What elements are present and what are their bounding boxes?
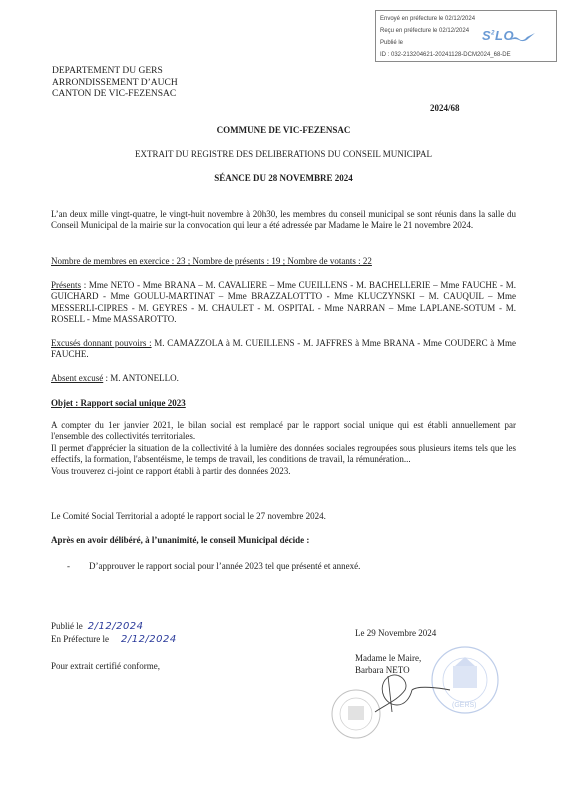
intro-paragraph: L’an deux mille vingt-quatre, le vingt-h… xyxy=(51,209,516,232)
member-counts: Nombre de membres en exercice : 23 ; Nom… xyxy=(51,256,516,267)
svg-text:(GERS): (GERS) xyxy=(452,702,477,709)
cst-paragraph: Le Comité Social Territorial a adopté le… xyxy=(51,511,516,522)
certifie-conforme: Pour extrait certifié conforme, xyxy=(51,661,160,671)
gray-seal-icon xyxy=(332,690,380,738)
arrondissement: ARRONDISSEMENT D’AUCH xyxy=(52,78,178,90)
objet-paragraph-3: Vous trouverez ci-joint ce rapport établ… xyxy=(51,466,516,477)
departement: DEPARTEMENT DU GERS xyxy=(52,66,178,78)
deliberation-number: 2024/68 xyxy=(430,103,460,113)
stamp-sent: Envoyé en préfecture le 02/12/2024 xyxy=(380,13,552,25)
publie-handwritten-date: 2/12/2024 xyxy=(88,621,144,632)
absent-list: : M. ANTONELLO. xyxy=(103,373,179,383)
prefecture-label: En Préfecture le xyxy=(51,634,109,644)
decision-text: D’approuver le rapport social pour l’ann… xyxy=(89,561,360,571)
prefecture-handwritten-date: 2/12/2024 xyxy=(121,634,177,645)
signature-icon xyxy=(375,675,450,712)
objet-body: A compter du 1er janvier 2021, le bilan … xyxy=(51,420,516,477)
signature-date: Le 29 Novembre 2024 xyxy=(355,628,436,638)
decision-intro: Après en avoir délibéré, à l’unanimité, … xyxy=(51,535,516,546)
commune-title: COMMUNE DE VIC-FEZENSAC xyxy=(0,125,567,135)
canton: CANTON DE VIC-FEZENSAC xyxy=(52,89,178,101)
slo-swoosh-icon xyxy=(509,31,537,43)
objet-paragraph-2: Il permet d'apprécier la situation de la… xyxy=(51,443,516,466)
excuses-label: Excusés donnant pouvoirs : xyxy=(51,338,152,348)
absent-paragraph: Absent excusé : M. ANTONELLO. xyxy=(51,373,516,384)
signatory: Madame le Maire, Barbara NETO xyxy=(355,652,421,676)
administrative-header: DEPARTEMENT DU GERS ARRONDISSEMENT D’AUC… xyxy=(52,66,178,101)
publication-block: Publié le2/12/2024 En Préfecture le2/12/… xyxy=(51,620,177,646)
publie-label: Publié le xyxy=(51,621,83,631)
objet-paragraph-1: A compter du 1er janvier 2021, le bilan … xyxy=(51,420,516,443)
presents-paragraph: Présents : Mme NETO - Mme BRANA – M. CAV… xyxy=(51,280,516,326)
blue-seal-icon: (GERS) xyxy=(432,647,498,713)
extrait-title: EXTRAIT DU REGISTRE DES DELIBERATIONS DU… xyxy=(0,149,567,159)
absent-label: Absent excusé xyxy=(51,373,103,383)
maire-name: Barbara NETO xyxy=(355,664,421,676)
excuses-paragraph: Excusés donnant pouvoirs : M. CAMAZZOLA … xyxy=(51,338,516,361)
stamp-id: ID : 032-213204621-20241128-DCM2024_68-D… xyxy=(380,49,552,61)
seance-title: SÉANCE DU 28 NOVEMBRE 2024 xyxy=(0,173,567,183)
objet-heading: Objet : Rapport social unique 2023 xyxy=(51,398,516,409)
maire-title: Madame le Maire, xyxy=(355,652,421,664)
presents-label: Présents xyxy=(51,280,81,290)
decision-item: -D’approuver le rapport social pour l’an… xyxy=(67,561,507,572)
bullet-dash: - xyxy=(67,561,89,572)
presents-list: : Mme NETO - Mme BRANA – M. CAVALIERE – … xyxy=(51,280,516,324)
